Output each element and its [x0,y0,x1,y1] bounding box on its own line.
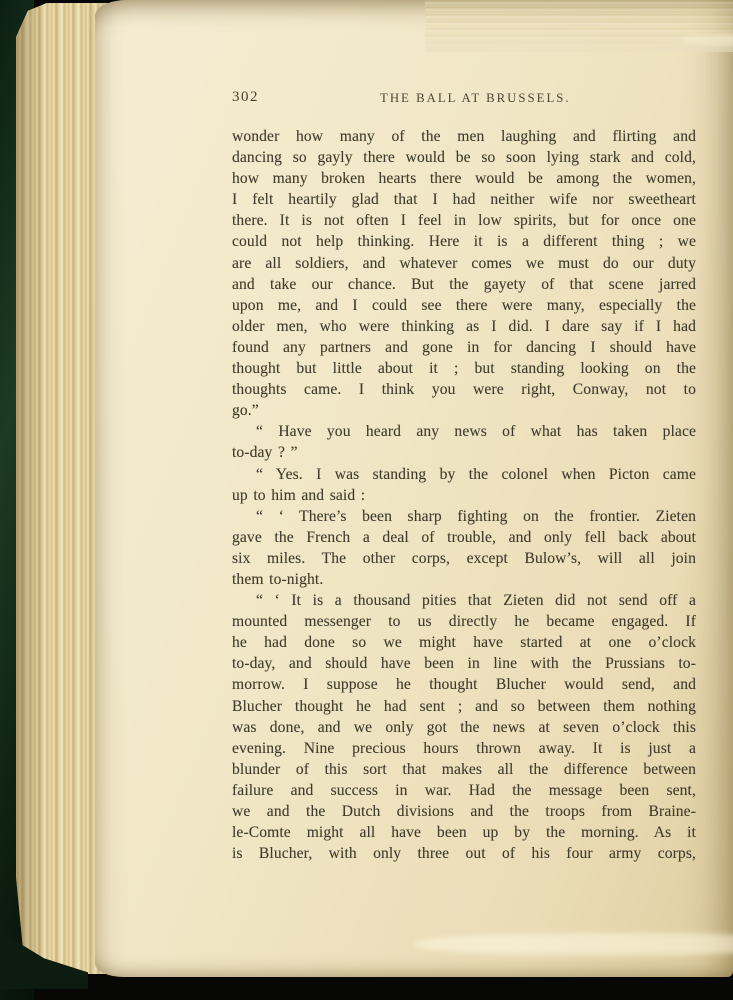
text-line: to-day, and should have been in line wit… [232,653,696,674]
book-photo: 302 THE BALL AT BRUSSELS. wonder how man… [0,0,733,1000]
text-line: gave the French a deal of trouble, and o… [232,527,696,548]
text-line: thoughts came. I think you were right, C… [232,379,696,400]
text-line: go.” [232,400,696,421]
text-line: “ Have you heard any news of what has ta… [232,421,696,442]
text-line: wonder how many of the men laughing and … [232,126,696,147]
text-line: morrow. I suppose he thought Blucher wou… [232,674,696,695]
text-line: upon me, and I could see there were many… [232,295,696,316]
text-line: “ ‘ There’s been sharp fighting on the f… [232,506,696,527]
text-line: he had done so we might have started at … [232,632,696,653]
text-line: up to him and said : [232,485,696,506]
text-line: I felt heartily glad that I had neither … [232,189,696,210]
page-number: 302 [232,89,259,106]
text-line: older men, who were thinking as I did. I… [232,316,696,337]
text-line: to-day ? ” [232,442,696,463]
text-line: how many broken hearts there would be am… [232,168,696,189]
text-line: we and the Dutch divisions and the troop… [232,801,696,822]
text-line: six miles. The other corps, except Bulow… [232,548,696,569]
text-line: Blucher thought he had sent ; and so bet… [232,696,696,717]
text-line: them to-night. [232,569,696,590]
text-line: found any partners and gone in for danci… [232,337,696,358]
text-line: “ ‘ It is a thousand pities that Zieten … [232,590,696,611]
text-line: failure and success in war. Had the mess… [232,780,696,801]
text-line: are all soldiers, and whatever comes we … [232,253,696,274]
running-head: 302 THE BALL AT BRUSSELS. [232,89,696,109]
text-line: thought but little about it ; but standi… [232,358,696,379]
text-line: dancing so gayly there would be so soon … [232,147,696,168]
text-line: there. It is not often I feel in low spi… [232,210,696,231]
page-body-text: wonder how many of the men laughing and … [232,126,696,864]
running-title: THE BALL AT BRUSSELS. [380,91,571,106]
text-line: and take our chance. But the gayety of t… [232,274,696,295]
text-line: could not help thinking. Here it is a di… [232,231,696,252]
top-page-edges [425,0,733,52]
book-page: 302 THE BALL AT BRUSSELS. wonder how man… [95,0,733,977]
text-line: blunder of this sort that makes all the … [232,759,696,780]
text-line: was done, and we only got the news at se… [232,717,696,738]
text-line: “ Yes. I was standing by the colonel whe… [232,464,696,485]
text-line: evening. Nine precious hours thrown away… [232,738,696,759]
text-line: mounted messenger to us directly he beca… [232,611,696,632]
text-line: le-Comte might all have been up by the m… [232,822,696,843]
text-line: is Blucher, with only three out of his f… [232,843,696,864]
scan-light-streak [415,933,733,955]
